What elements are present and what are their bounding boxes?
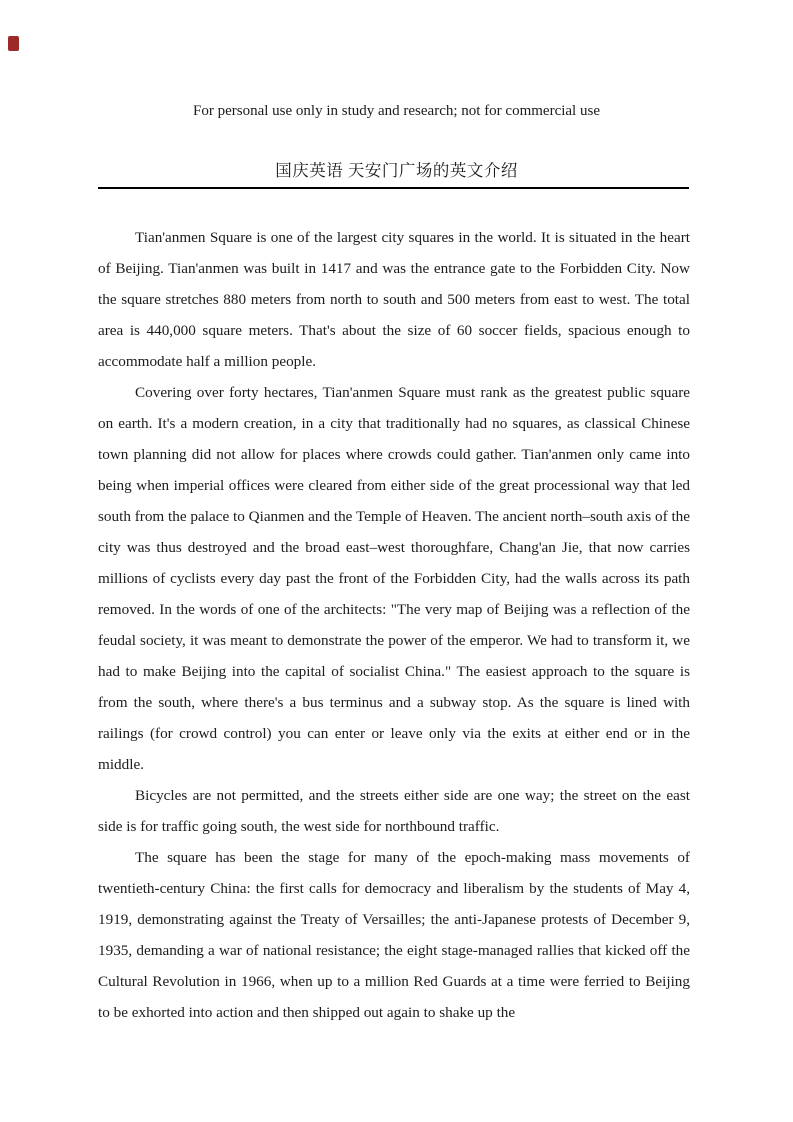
title-divider: [98, 187, 689, 189]
red-doc-icon: [8, 36, 19, 51]
paragraph-history: Covering over forty hectares, Tian'anmen…: [98, 377, 690, 780]
document-page: For personal use only in study and resea…: [0, 0, 793, 1122]
paragraph-intro: Tian'anmen Square is one of the largest …: [98, 222, 690, 377]
usage-notice: For personal use only in study and resea…: [0, 101, 793, 121]
paragraph-movements: The square has been the stage for many o…: [98, 842, 690, 1028]
document-body: Tian'anmen Square is one of the largest …: [98, 222, 690, 1028]
page-title: 国庆英语 天安门广场的英文介绍: [0, 159, 793, 183]
paragraph-traffic: Bicycles are not permitted, and the stre…: [98, 780, 690, 842]
